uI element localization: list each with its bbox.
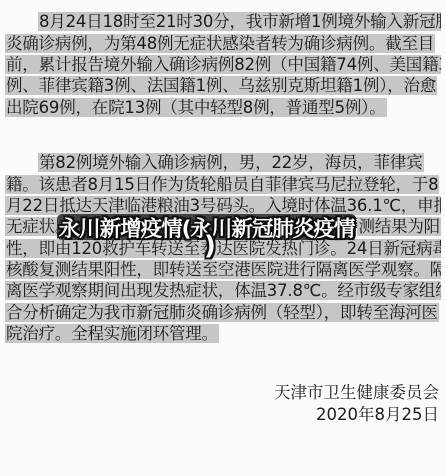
text-segment: 炎确诊病例，为第48例无症状感染者转为确诊病例。截至目 [5,34,435,53]
text-segment: 籍。该患者8月15日作为货轮船员自菲律宾马尼拉登轮，于8 [5,175,439,194]
text-segment: 前，累计报告境外输入确诊病例82例（中国籍74例、美国籍3 [5,55,441,74]
text-line: 离医学观察期间出现发热症状，体温37.8℃。经市级专家组综 [5,280,441,301]
text-segment: 离医学观察期间出现发热症状，体温37.8℃。经市级专家组综 [5,281,441,300]
text-segment: 出院69例，在院13例（其中轻型8例，普通型5例）。 [5,98,387,117]
text-segment: 院治疗。全程实施闭环管理。 [5,324,219,343]
text-segment: 例、菲律宾籍3例、法国籍1例、乌兹别克斯坦籍1例），治愈 [5,76,437,95]
text-line: 院治疗。全程实施闭环管理。 [5,323,441,344]
text-line: 炎确诊病例，为第48例无症状感染者转为确诊病例。截至目 [5,32,441,53]
text-line: 8月24日18时至21时30分，我市新增1例境外输入新冠肺 [5,11,441,32]
text-segment: 第82例境外输入确诊病例，男，22岁，海员，菲律宾 [38,153,424,172]
text-segment: 核酸复测结果阳性，即转送至空港医院进行隔离医学观察。隔 [5,260,441,279]
text-line: 核酸复测结果阳性，即转送至空港医院进行隔离医学观察。隔 [5,259,441,280]
text-segment: 测结果为阳 [357,217,441,236]
text-line: 第82例境外输入确诊病例，男，22岁，海员，菲律宾 [5,152,441,173]
text-segment: 8月24日18时至21时30分，我市新增1例境外输入新冠肺 [38,12,441,31]
text-line: 合分析确定为我市新冠肺炎确诊病例（轻型），即转至海河医 [5,302,441,323]
watermark-paren: ) [204,231,216,261]
paragraph: 8月24日18时至21时30分，我市新增1例境外输入新冠肺炎确诊病例，为第48例… [5,11,441,118]
text-line: 出院69例，在院13例（其中轻型8例，普通型5例）。 [5,97,441,118]
text-line: 籍。该患者8月15日作为货轮船员自菲律宾马尼拉登轮，于8 [5,173,441,194]
text-line: 前，累计报告境外输入确诊病例82例（中国籍74例、美国籍3 [5,54,441,75]
text-segment: 合分析确定为我市新冠肺炎确诊病例（轻型），即转至海河医 [5,303,439,322]
announcement-image: 8月24日18时至21时30分，我市新增1例境外输入新冠肺炎确诊病例，为第48例… [0,0,445,476]
text-line: 例、菲律宾籍3例、法国籍1例、乌兹别克斯坦籍1例），治愈 [5,75,441,96]
signature-date: 2020年8月25日 [5,404,439,426]
paragraph: 第82例境外输入确诊病例，男，22岁，海员，菲律宾籍。该患者8月15日作为货轮船… [5,152,441,345]
document-paragraphs: 8月24日18时至21时30分，我市新增1例境外输入新冠肺炎确诊病例，为第48例… [5,11,441,344]
signature-block: 天津市卫生健康委员会 2020年8月25日 [5,382,441,426]
signature-org: 天津市卫生健康委员会 [5,382,439,404]
